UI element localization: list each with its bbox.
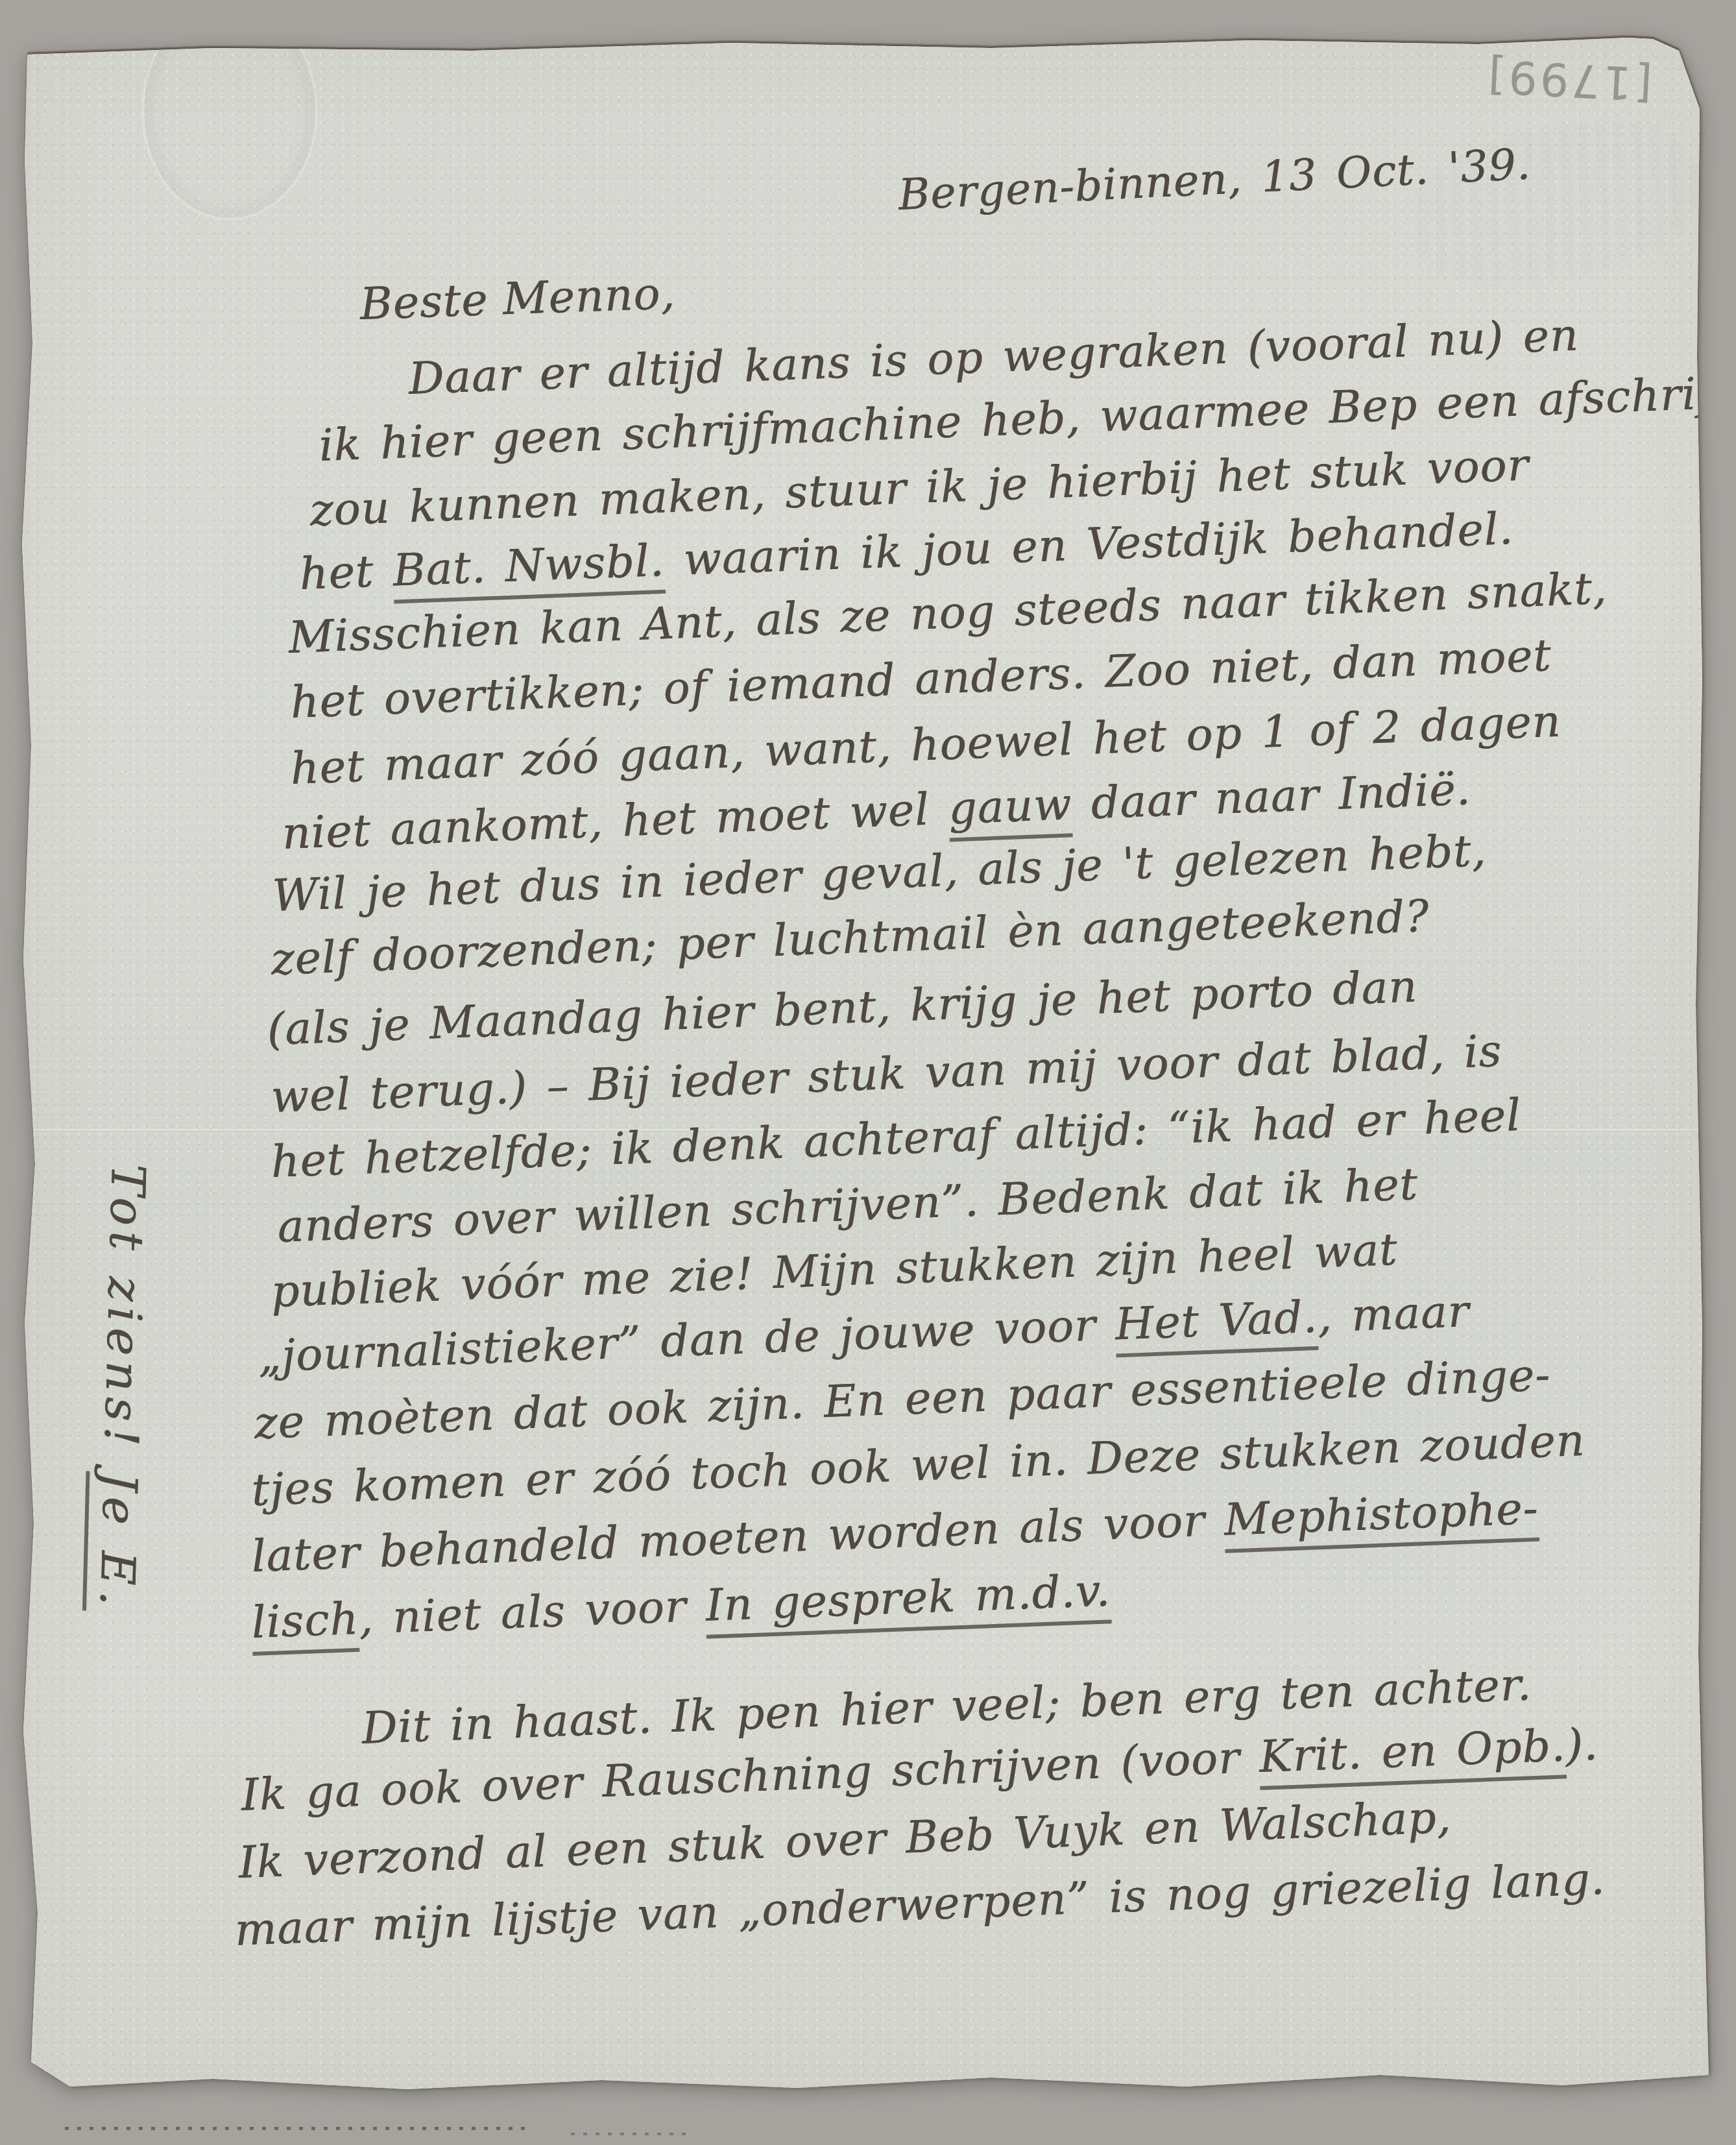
- underlined-text: lisch: [250, 1594, 360, 1656]
- scanner-noise-strip: [65, 2127, 532, 2130]
- salutation: Beste Menno,: [359, 268, 676, 330]
- underlined-text: In gesprek m.d.v.: [705, 1565, 1111, 1638]
- underlined-text: Bat. Nwsbl.: [392, 535, 666, 604]
- ink-bleedthrough-marks: [1401, 101, 1711, 306]
- underlined-text: Je E.: [82, 1472, 148, 1612]
- archive-number-annotation: [1799]: [1484, 49, 1654, 110]
- embossed-stamp: [141, 1, 318, 221]
- underlined-text: Krit. en Opb.: [1258, 1720, 1567, 1790]
- underlined-text: gauw: [948, 779, 1073, 842]
- scanned-letter-background: [1799] Bergen-binnen, 13 Oct. '39. Beste…: [0, 0, 1736, 2145]
- letter-sheet-wrapper: [1799] Bergen-binnen, 13 Oct. '39. Beste…: [18, 31, 1718, 2114]
- underlined-text: Het Vad.: [1114, 1292, 1318, 1358]
- letter-page: [1799] Bergen-binnen, 13 Oct. '39. Beste…: [18, 31, 1718, 2114]
- scanner-noise-strip: [571, 2133, 694, 2135]
- underlined-text: Mephistophe-: [1223, 1483, 1539, 1553]
- margin-farewell-signature: Tot ziens! Je E.: [90, 1163, 156, 1612]
- letter-line: lisch, niet als voor In gesprek m.d.v.: [250, 1565, 1111, 1649]
- fold-crease-vertical-left: [97, 31, 99, 2114]
